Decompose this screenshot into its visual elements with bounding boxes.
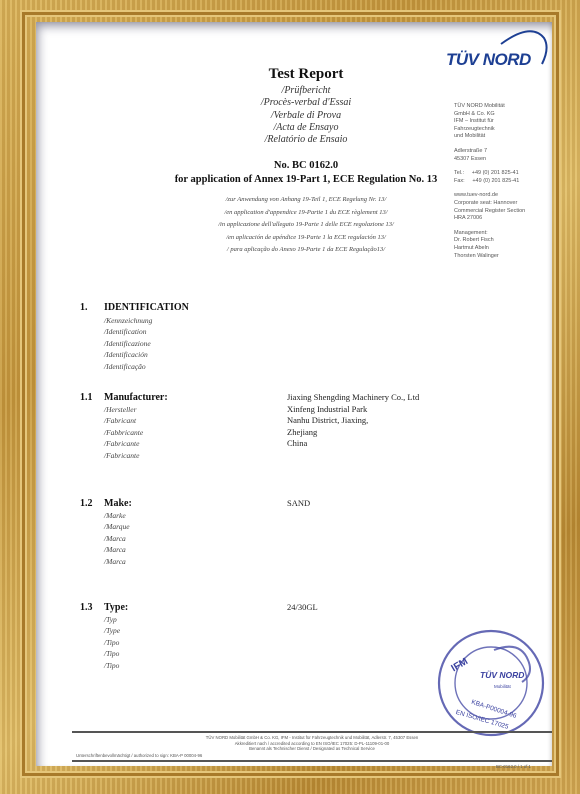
svg-text:IFM: IFM <box>450 656 470 674</box>
application-statement: for application of Annex 19-Part 1, ECE … <box>116 174 496 185</box>
application-translations: /zur Anwendung von Anhang 19-Teil 1, ECE… <box>116 194 496 257</box>
footer-page-ref: BC-0162.0 / 1 of 1 <box>496 764 531 769</box>
footer-text: TÜV NORD Mobilität GmbH & Co. KG, IFM - … <box>72 735 552 752</box>
svg-text:Mobilität: Mobilität <box>494 684 512 689</box>
footer-signature-note: Unterschriftenbevollmächtigt / authorize… <box>76 753 202 758</box>
svg-text:TÜV NORD: TÜV NORD <box>480 670 524 680</box>
certificate-document: TÜV NORD TÜV NORD Mobilität GmbH & Co. K… <box>36 22 552 766</box>
official-stamp: IFM TÜV NORD Mobilität KBA-P00004-96 EN … <box>434 626 549 741</box>
title-translations: /Prüfbericht /Procès-verbal d'Essai /Ver… <box>156 85 456 146</box>
document-title: Test Report <box>156 66 456 83</box>
tuv-nord-logo: TÜV NORD <box>446 24 556 84</box>
footer-rule-bottom <box>72 760 552 762</box>
make-value: SAND <box>287 498 437 510</box>
type-value: 24/30GL <box>287 602 437 614</box>
sidebar-address: Adlerstraße 7 45307 Essen <box>454 148 554 163</box>
footer-rule-top <box>72 731 552 733</box>
stamp-seal-icon: IFM TÜV NORD Mobilität KBA-P00004-96 EN … <box>434 626 549 741</box>
logo-text: TÜV NORD <box>446 50 531 70</box>
sidebar-company: TÜV NORD Mobilität GmbH & Co. KG IFM – I… <box>454 103 554 141</box>
manufacturer-value: Jiaxing Shengding Machinery Co., Ltd Xin… <box>287 392 487 450</box>
report-number: No. BC 0162.0 <box>156 160 456 171</box>
